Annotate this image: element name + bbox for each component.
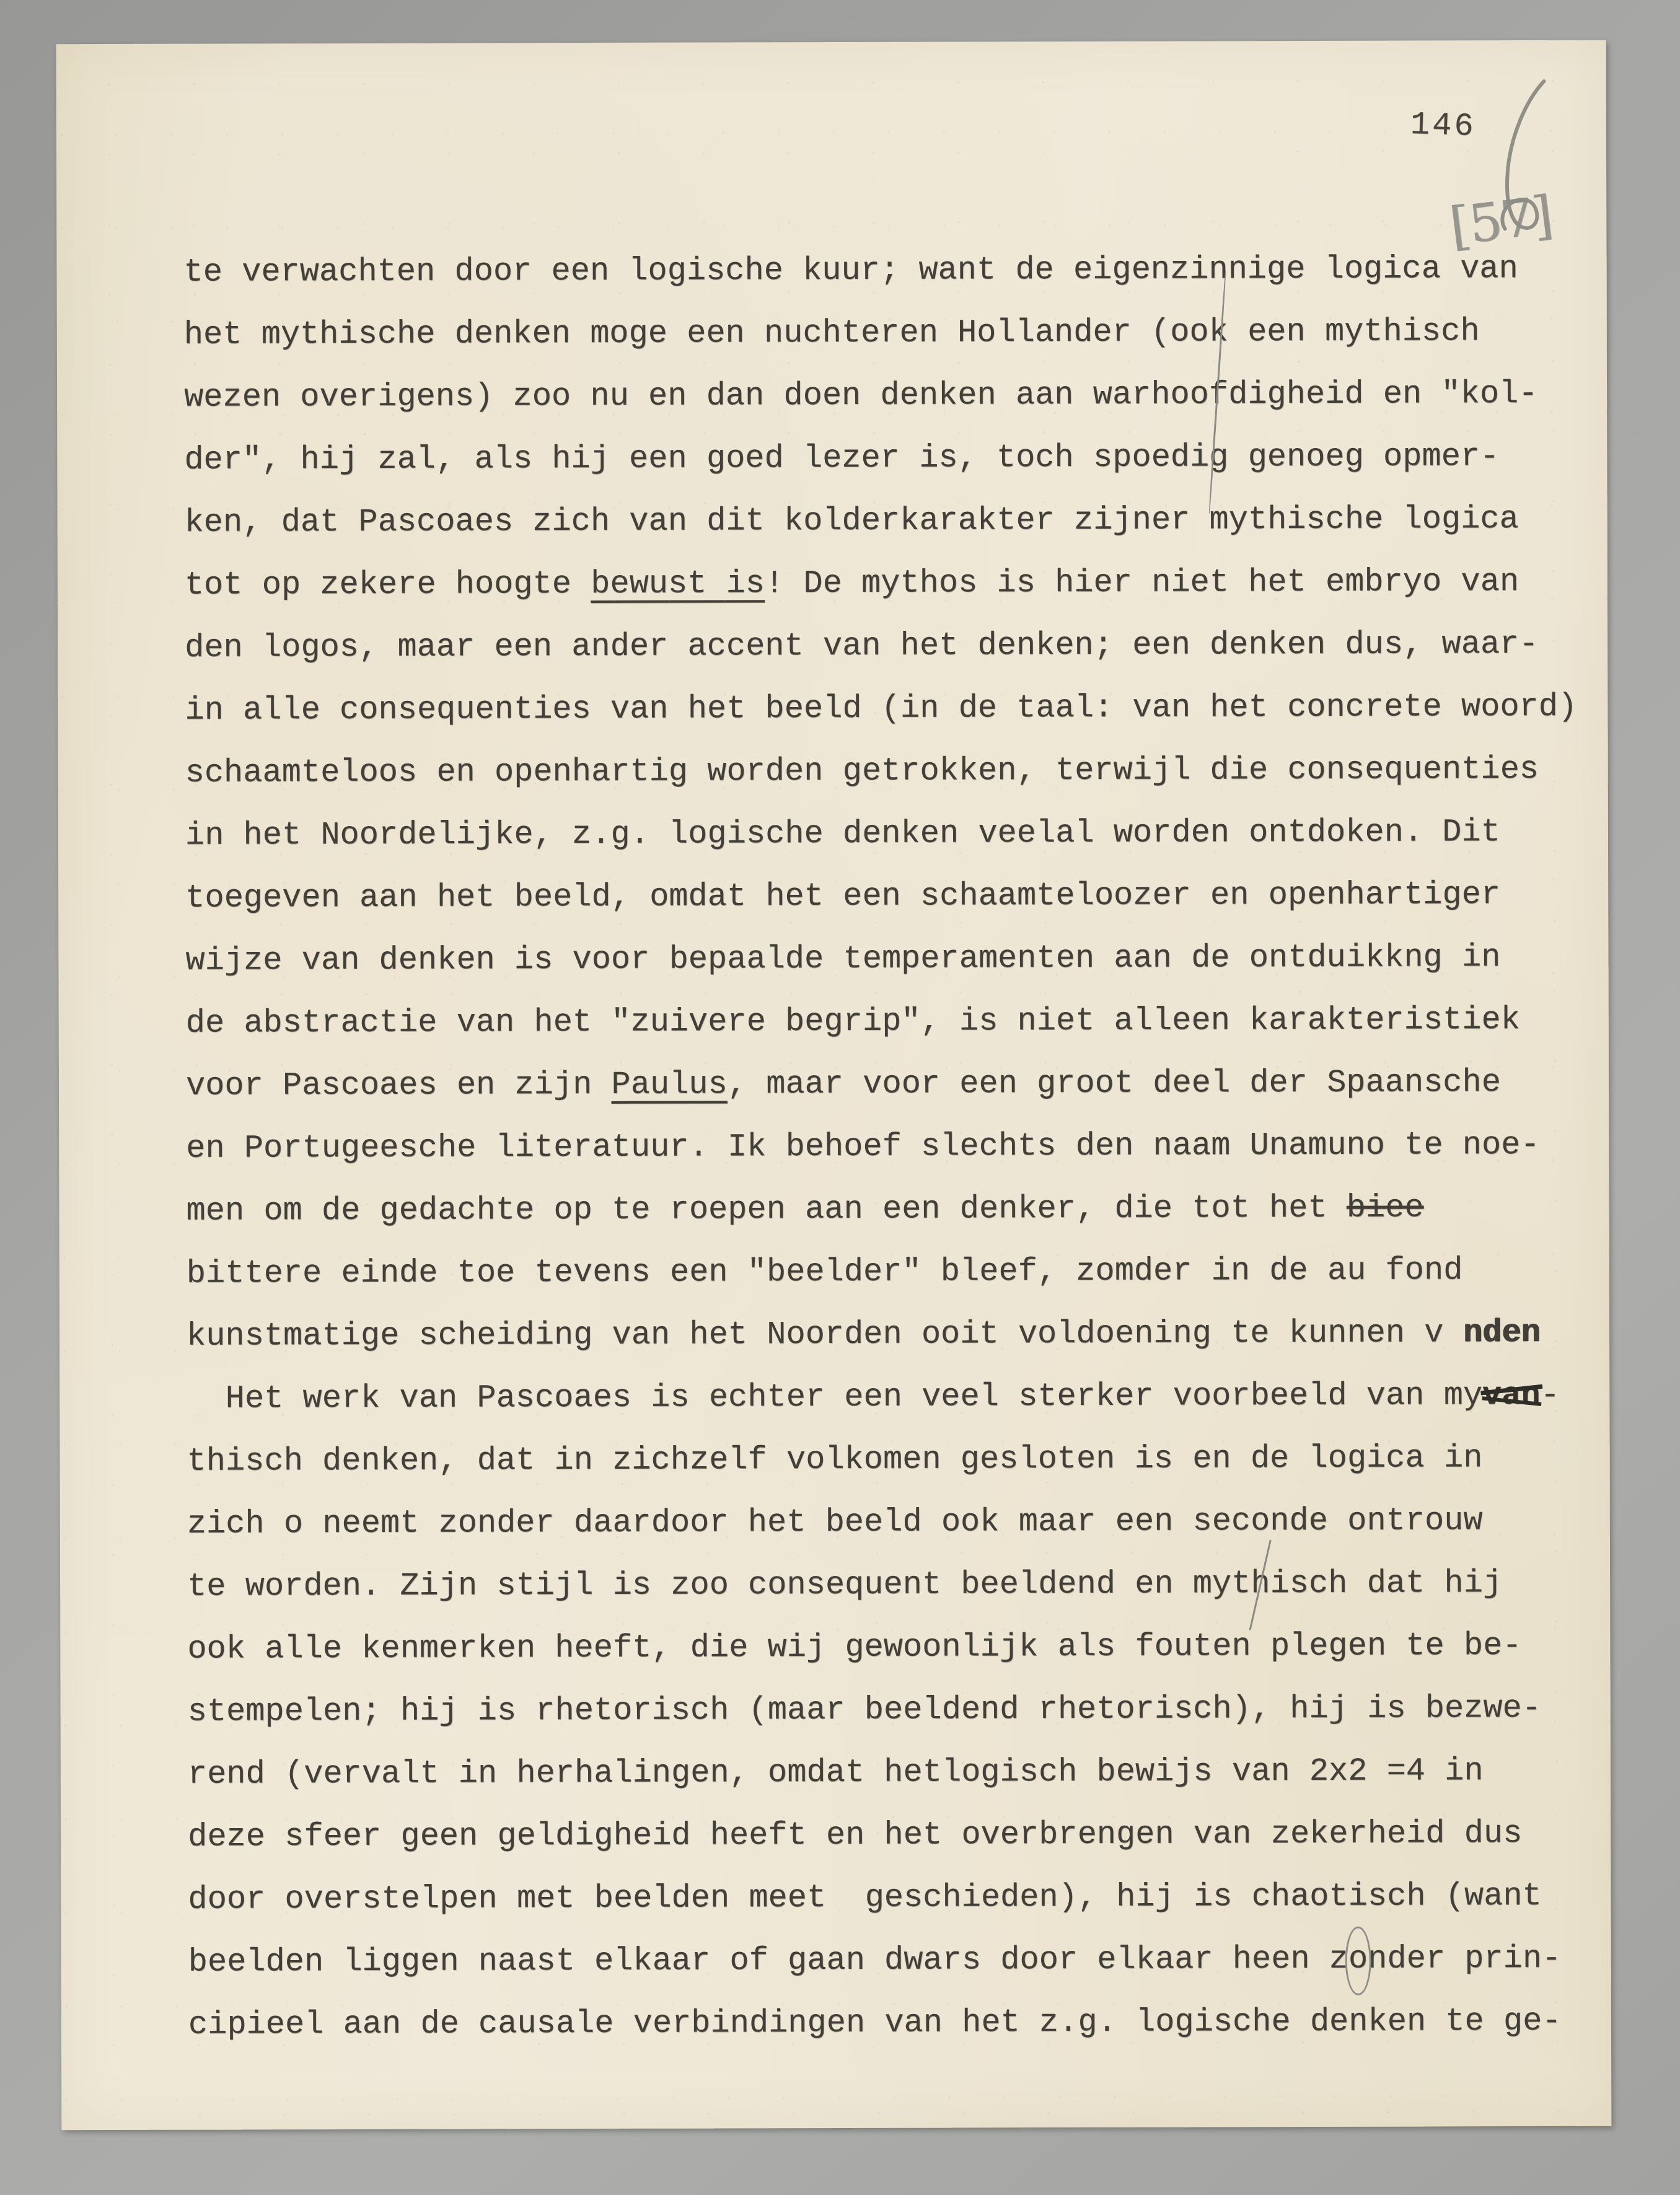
- typewritten-line: den logos, maar een ander accent van het…: [185, 613, 1573, 679]
- typewritten-line: voor Pascoaes en zijn Paulus, maar voor …: [186, 1051, 1574, 1117]
- typewritten-line: bittere einde toe tevens een "beelder" b…: [187, 1239, 1575, 1305]
- typewritten-line: stempelen; hij is rhetorisch (maar beeld…: [188, 1677, 1576, 1743]
- typewritten-line: beelden liggen naast elkaar of gaan dwar…: [188, 1927, 1577, 1994]
- typewritten-line: men om de gedachte op te roepen aan een …: [186, 1176, 1574, 1243]
- page-number: 146: [1410, 107, 1476, 145]
- typewritten-line: ken, dat Pascoaes zich van dit kolderkar…: [184, 488, 1572, 554]
- typewritten-line: in het Noordelijke, z.g. logische denken…: [185, 801, 1573, 867]
- typewritten-line: wijze van denken is voor bepaalde temper…: [185, 926, 1573, 992]
- typewritten-text: te verwachten door een logische kuur; wa…: [183, 237, 1577, 2056]
- typewritten-line: de abstractie van het "zuivere begrip", …: [186, 988, 1574, 1055]
- typewritten-line: te verwachten door een logische kuur; wa…: [183, 237, 1572, 304]
- document-page: 146 [57] te verwachten door een logische…: [56, 40, 1612, 2131]
- typewritten-line: tot op zekere hoogte bewust is! De mytho…: [185, 550, 1573, 617]
- typewritten-line: in alle consequenties van het beeld (in …: [185, 675, 1573, 742]
- typewritten-line: en Portugeesche literatuur. Ik behoef sl…: [186, 1114, 1574, 1180]
- typewritten-line: cipieel aan de causale verbindingen van …: [188, 1990, 1577, 2056]
- typewritten-line: rend (vervalt in herhalingen, omdat hetl…: [188, 1740, 1576, 1806]
- typewritten-line: het mythische denken moge een nuchteren …: [184, 300, 1572, 366]
- typewritten-line: kunstmatige scheiding van het Noorden oo…: [187, 1301, 1575, 1368]
- typewritten-line: schaamteloos en openhartig worden getrok…: [185, 738, 1573, 804]
- typewritten-line: deze sfeer geen geldigheid heeft en het …: [188, 1802, 1576, 1868]
- typewritten-line: wezen overigens) zoo nu en dan doen denk…: [184, 363, 1572, 429]
- typewritten-line: zich o neemt zonder daardoor het beeld o…: [187, 1489, 1575, 1555]
- typewritten-line: der", hij zal, als hij een goed lezer is…: [184, 425, 1572, 491]
- typewritten-line: te worden. Zijn stijl is zoo consequent …: [187, 1552, 1575, 1618]
- typewritten-line: ook alle kenmerken heeft, die wij gewoon…: [187, 1614, 1575, 1681]
- typewritten-line: thisch denken, dat in zichzelf volkomen …: [187, 1427, 1575, 1493]
- scan-background: { "page": { "page_number": "146", "penci…: [0, 0, 1680, 2195]
- typewritten-line: toegeven aan het beeld, omdat het een sc…: [185, 863, 1573, 930]
- typewritten-line: door overstelpen met beelden meet geschi…: [188, 1865, 1576, 1931]
- typewritten-line: Het werk van Pascoaes is echter een veel…: [187, 1364, 1575, 1430]
